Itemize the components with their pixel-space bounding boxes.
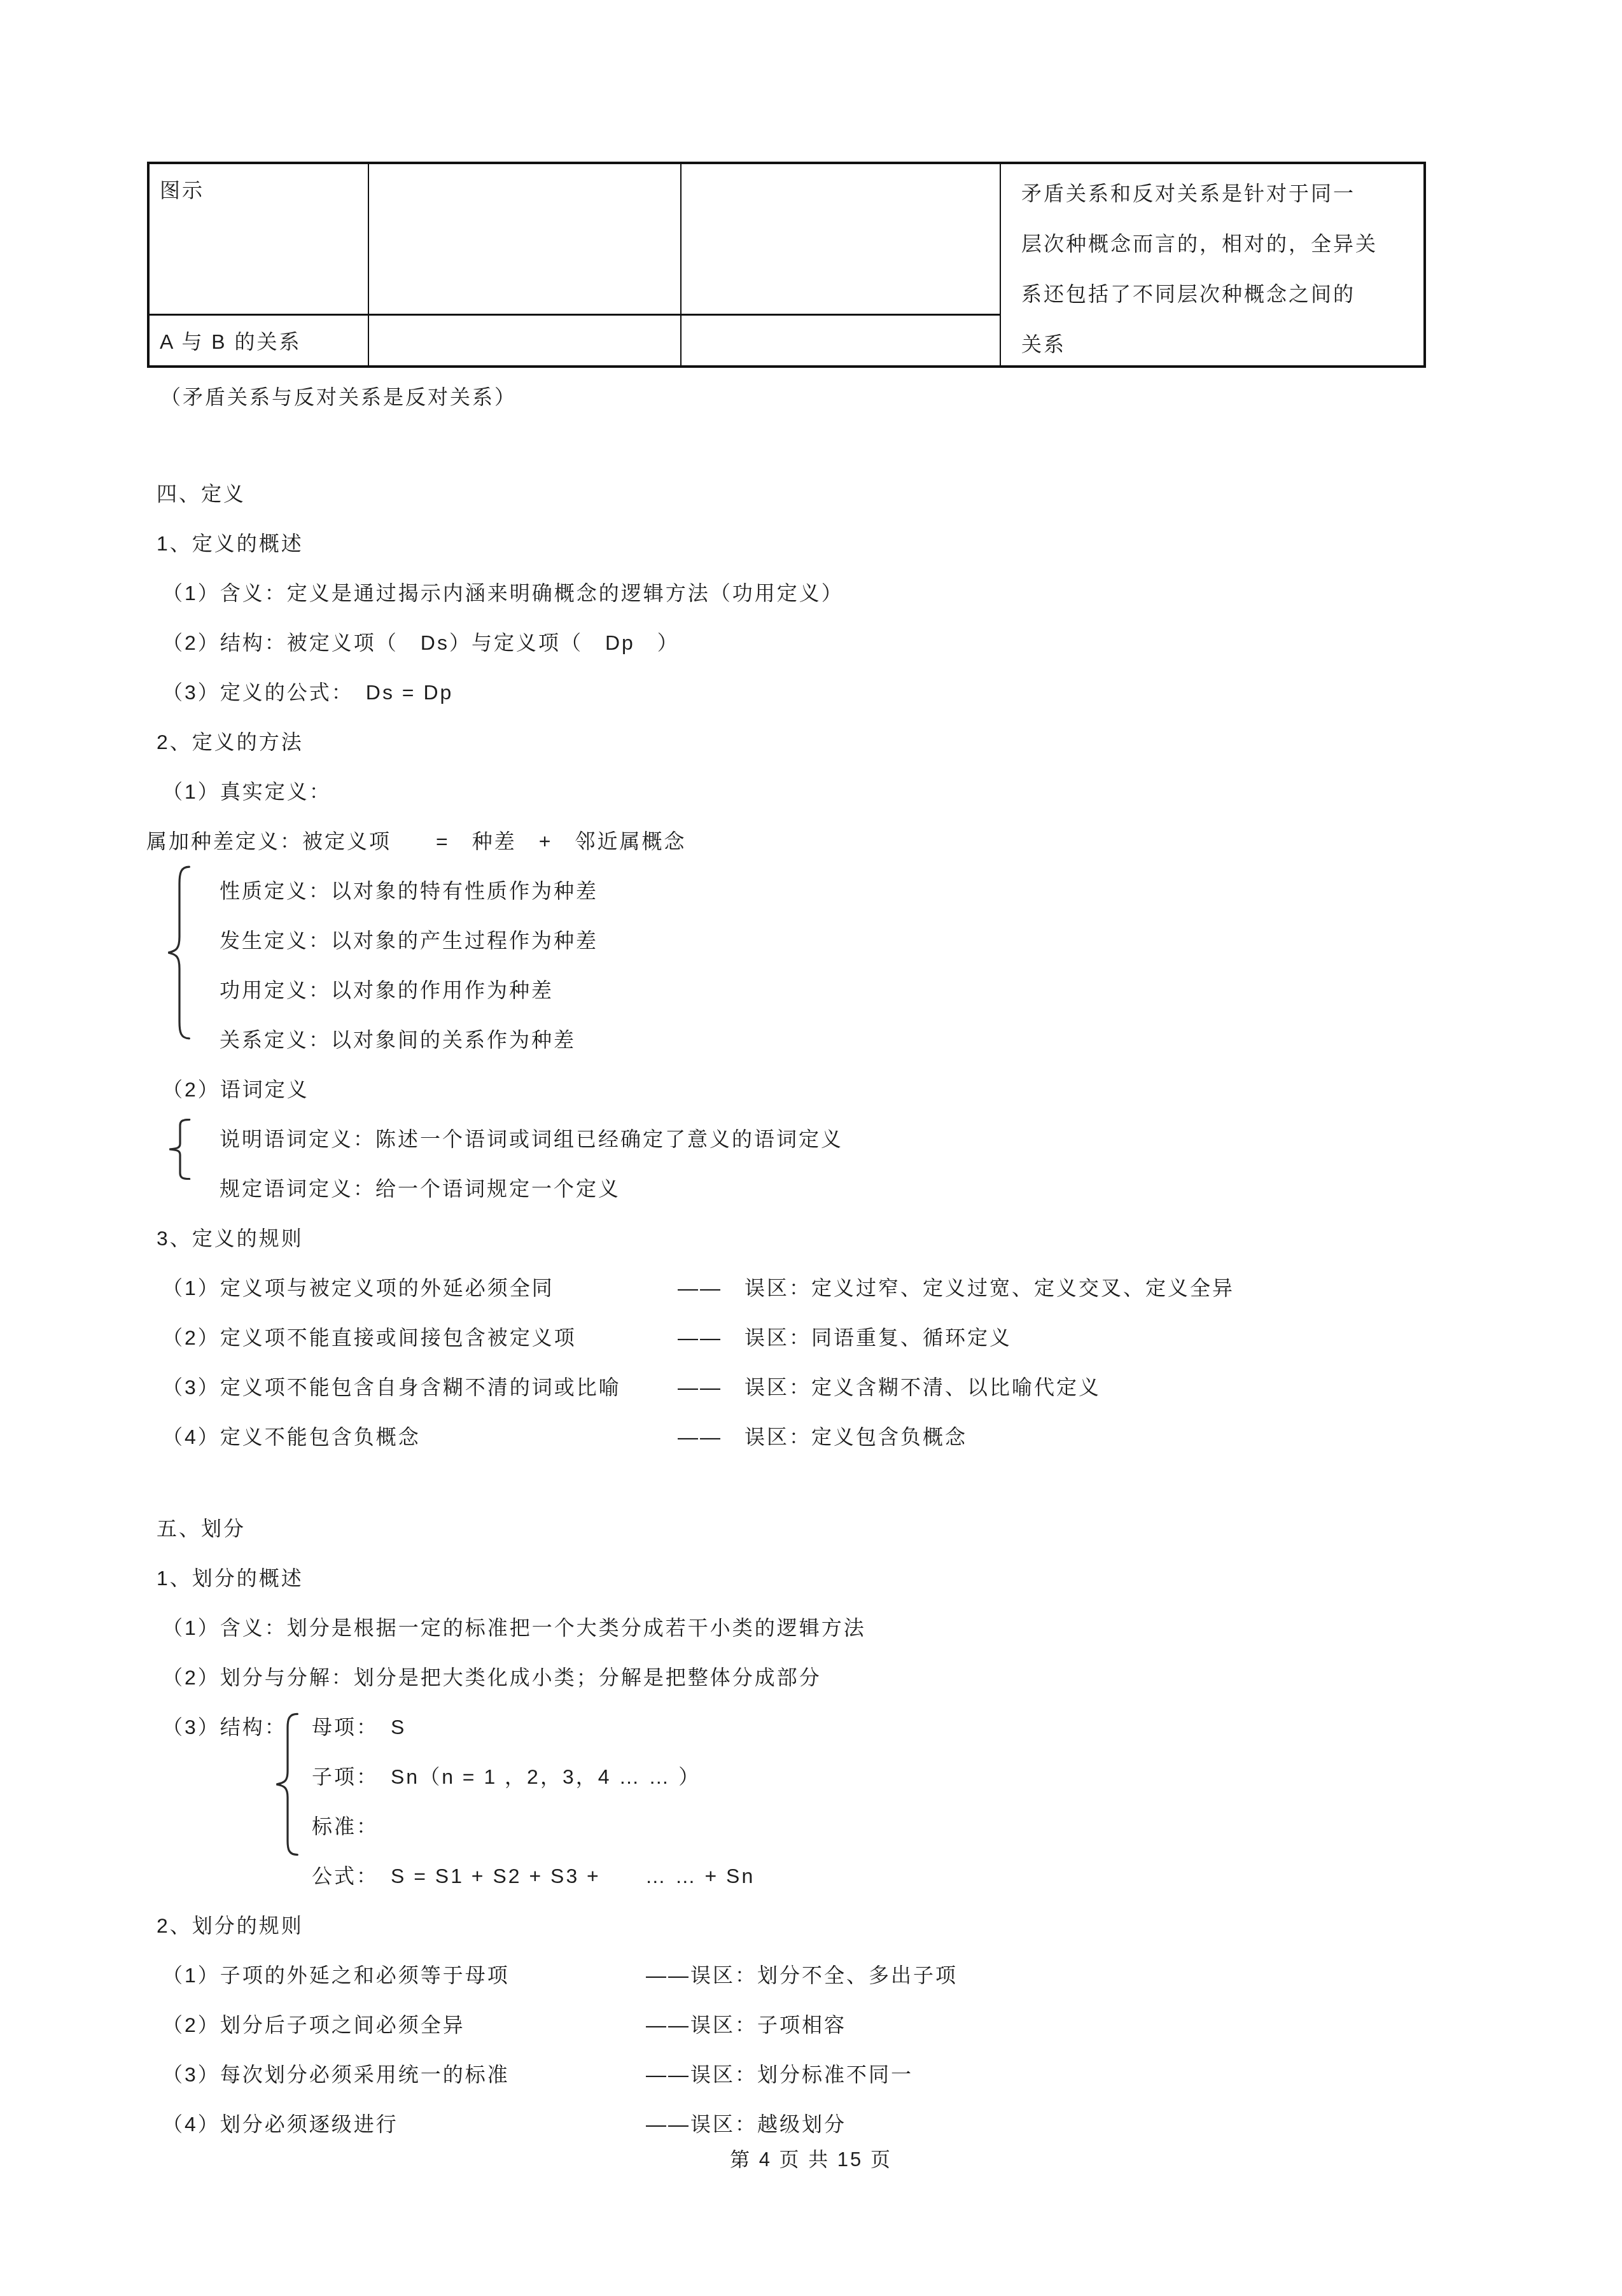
table-cell-empty xyxy=(369,316,682,365)
definition-rule-row: （4）定义不能包含负概念—— 误区：定义包含负概念 xyxy=(0,1411,1622,1460)
rule-pitfall: —— 误区：定义过窄、定义过宽、定义交叉、定义全异 xyxy=(678,1272,1234,1301)
rule-text: （1）子项的外延之和必须等于母项 xyxy=(162,1959,646,1989)
rule-text: （4）划分必须逐级进行 xyxy=(162,2108,646,2138)
table-cell-note: 矛盾关系和反对关系是针对于同一 层次种概念而言的，相对的，全异关 系还包括了不同… xyxy=(1001,164,1423,365)
division-rule-row: （3）每次划分必须采用统一的标准——误区：划分标准不同一 xyxy=(0,2048,1622,2098)
curly-brace-icon xyxy=(274,1712,302,1857)
word-definition-item: 说明语词定义：陈述一个语词或词组已经确定了意义的语词定义 xyxy=(0,1113,1622,1163)
rule-text: （4）定义不能包含负概念 xyxy=(162,1421,678,1450)
rule-pitfall: ——误区：划分标准不同一 xyxy=(646,2059,913,2088)
structure-item-children: 子项： Sn（n = 1 ，2，3，4 … … ） xyxy=(0,1751,1622,1800)
real-definition-item: 功用定义：以对象的作用作为种差 xyxy=(0,964,1622,1014)
curly-brace-icon xyxy=(165,864,193,1041)
note-line: 层次种概念而言的，相对的，全异关 xyxy=(1021,217,1423,267)
rule-pitfall: ——误区：越级划分 xyxy=(646,2108,846,2138)
definition-structure: （2）结构：被定义项（ Ds）与定义项（ Dp ） xyxy=(0,617,1622,666)
word-definition-title: （2）语词定义 xyxy=(0,1063,1622,1113)
rule-text: （3）每次划分必须采用统一的标准 xyxy=(162,2059,646,2088)
table-cell-ab-relation-label: A 与 B 的关系 xyxy=(150,316,369,365)
word-definition-item: 规定语词定义：给一个语词规定一个定义 xyxy=(0,1163,1622,1212)
real-definition-item: 发生定义：以对象的产生过程作为种差 xyxy=(0,914,1622,964)
real-definition-item: 关系定义：以对象间的关系作为种差 xyxy=(0,1014,1622,1063)
definition-rule-row: （1）定义项与被定义项的外延必须全同—— 误区：定义过窄、定义过宽、定义交叉、定… xyxy=(0,1262,1622,1312)
rule-pitfall: —— 误区：定义含糊不清、以比喻代定义 xyxy=(678,1371,1101,1401)
section-gap xyxy=(0,1460,1622,1502)
rule-text: （2）划分后子项之间必须全异 xyxy=(162,2009,646,2038)
page-number-footer: 第 4 页 共 15 页 xyxy=(0,2142,1622,2173)
section-title-division: 五、划分 xyxy=(0,1502,1622,1552)
division-meaning: （1）含义：划分是根据一定的标准把一个大类分成若干小类的逻辑方法 xyxy=(0,1602,1622,1651)
real-definition-group: 性质定义：以对象的特有性质作为种差 发生定义：以对象的产生过程作为种差 功用定义… xyxy=(0,865,1622,1063)
real-definition-item: 性质定义：以对象的特有性质作为种差 xyxy=(0,865,1622,914)
table-cell-diagram-label: 图示 xyxy=(150,164,369,316)
note-line: 矛盾关系和反对关系是针对于同一 xyxy=(1021,167,1423,217)
word-definition-group: 说明语词定义：陈述一个语词或词组已经确定了意义的语词定义 规定语词定义：给一个语… xyxy=(0,1113,1622,1212)
structure-item-formula: 公式： S = S1 + S2 + S3 + … … + Sn xyxy=(0,1850,1622,1900)
rule-pitfall: ——误区：子项相容 xyxy=(646,2009,846,2038)
rule-text: （2）定义项不能直接或间接包含被定义项 xyxy=(162,1322,678,1351)
heading-definition-methods: 2、定义的方法 xyxy=(0,716,1622,766)
real-definition-title: （1）真实定义： xyxy=(0,766,1622,815)
heading-division-overview: 1、划分的概述 xyxy=(0,1552,1622,1602)
relations-table: 图示 矛盾关系和反对关系是针对于同一 层次种概念而言的，相对的，全异关 系还包括… xyxy=(147,162,1426,368)
genus-differentia-line: 属加种差定义：被定义项 = 种差 + 邻近属概念 xyxy=(0,815,1622,865)
rule-text: （1）定义项与被定义项的外延必须全同 xyxy=(162,1272,678,1301)
division-rule-row: （2）划分后子项之间必须全异——误区：子项相容 xyxy=(0,1999,1622,2048)
definition-rule-row: （3）定义项不能包含自身含糊不清的词或比喻—— 误区：定义含糊不清、以比喻代定义 xyxy=(0,1361,1622,1411)
heading-division-rules: 2、划分的规则 xyxy=(0,1900,1622,1949)
section-title-definition: 四、定义 xyxy=(0,468,1622,517)
definition-formula: （3）定义的公式： Ds = Dp xyxy=(0,666,1622,716)
definition-rule-row: （2）定义项不能直接或间接包含被定义项—— 误区：同语重复、循环定义 xyxy=(0,1312,1622,1361)
table-cell-empty xyxy=(682,164,1001,316)
note-line: 系还包括了不同层次种概念之间的 xyxy=(1021,267,1423,318)
definition-meaning: （1）含义：定义是通过揭示内涵来明确概念的逻辑方法（功用定义） xyxy=(0,567,1622,617)
rule-pitfall: —— 误区：定义包含负概念 xyxy=(678,1421,967,1450)
rule-text: （3）定义项不能包含自身含糊不清的词或比喻 xyxy=(162,1371,678,1401)
note-line: 关系 xyxy=(1021,318,1423,368)
curly-brace-icon xyxy=(167,1119,193,1180)
division-structure-label: （3）结构： xyxy=(162,1701,287,1751)
table-cell-empty xyxy=(369,164,682,316)
table-cell-empty xyxy=(682,316,1001,365)
document-body: 四、定义 1、定义的概述 （1）含义：定义是通过揭示内涵来明确概念的逻辑方法（功… xyxy=(0,468,1622,2148)
structure-item-standard: 标准： xyxy=(0,1800,1622,1850)
heading-definition-overview: 1、定义的概述 xyxy=(0,517,1622,567)
division-rule-row: （4）划分必须逐级进行——误区：越级划分 xyxy=(0,2098,1622,2148)
heading-definition-rules: 3、定义的规则 xyxy=(0,1212,1622,1262)
table-caption: （矛盾关系与反对关系是反对关系） xyxy=(160,382,517,410)
division-structure-group: （3）结构： 母项： S 子项： Sn（n = 1 ，2，3，4 … … ） 标… xyxy=(0,1701,1622,1900)
rule-pitfall: ——误区：划分不全、多出子项 xyxy=(646,1959,958,1989)
rule-pitfall: —— 误区：同语重复、循环定义 xyxy=(678,1322,1012,1351)
division-vs-decomposition: （2）划分与分解：划分是把大类化成小类；分解是把整体分成部分 xyxy=(0,1651,1622,1701)
division-rule-row: （1）子项的外延之和必须等于母项——误区：划分不全、多出子项 xyxy=(0,1949,1622,1999)
document-page: 图示 矛盾关系和反对关系是针对于同一 层次种概念而言的，相对的，全异关 系还包括… xyxy=(0,0,1622,2296)
